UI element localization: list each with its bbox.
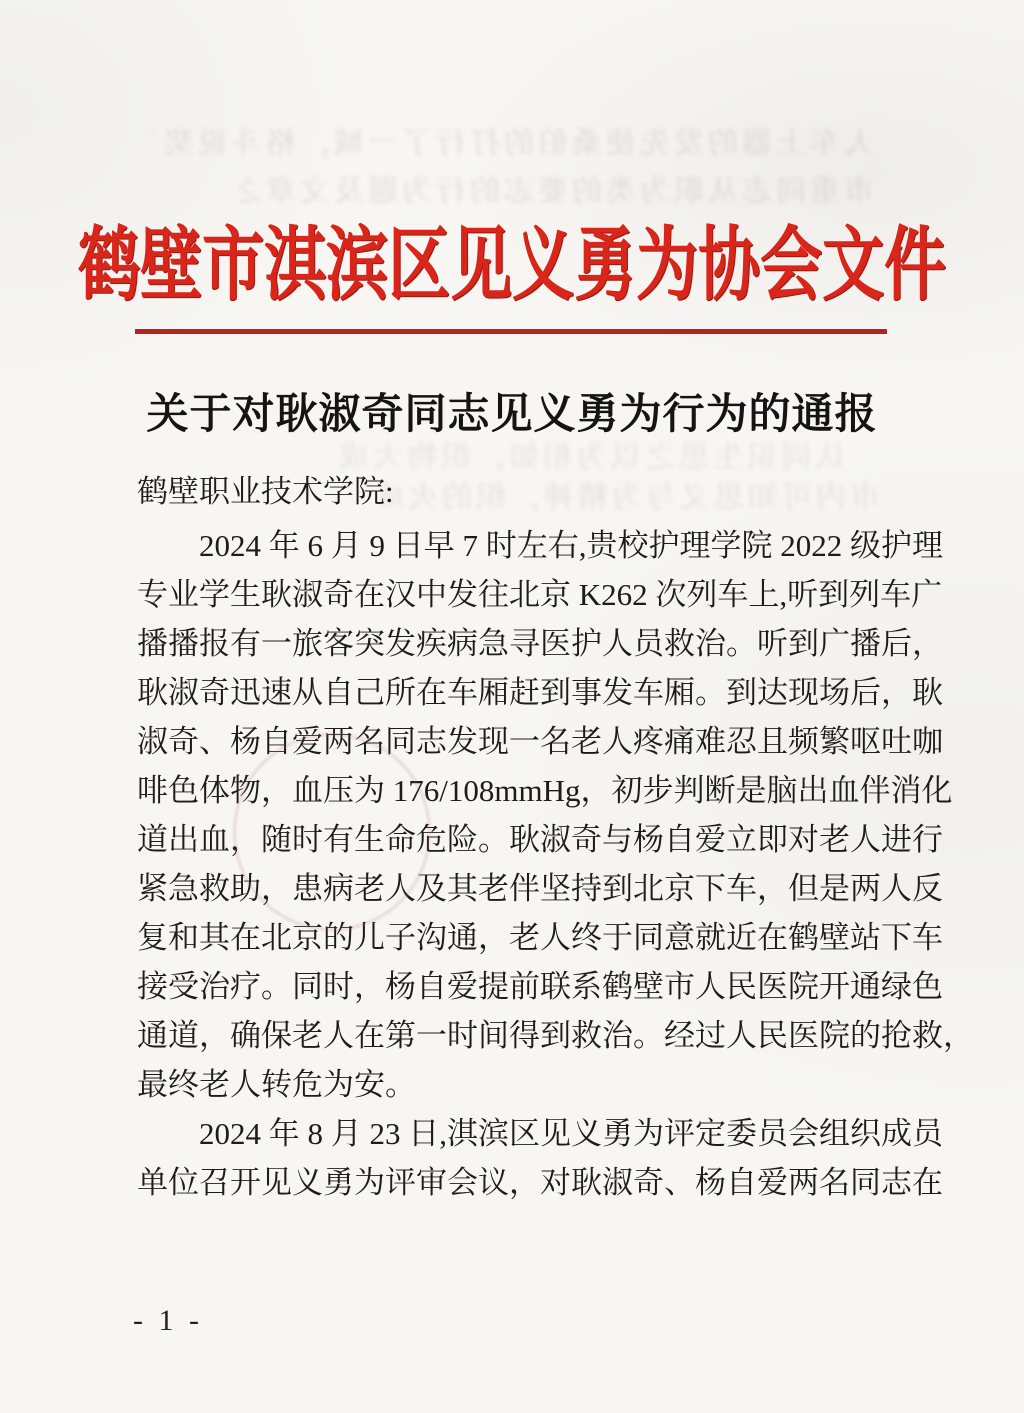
salutation: 鹤壁职业技术学院: [137,466,394,511]
body-line: 道出血，随时有生命危险。耿淑奇与杨自爱立即对老人进行 [137,815,887,864]
body-line: 专业学生耿淑奇在汉中发往北京 K262 次列车上,听到列车广 [137,570,887,619]
document-body: 2024 年 6 月 9 日早 7 时左右,贵校护理学院 2022 级护理 专业… [137,521,887,1207]
body-line: 单位召开见义勇为评审会议，对耿淑奇、杨自爱两名同志在 [137,1158,887,1207]
page-number: - 1 - [133,1304,203,1338]
body-line: 2024 年 6 月 9 日早 7 时左右,贵校护理学院 2022 级护理 [137,521,887,570]
body-line: 播播报有一旅客突发疾病急寻医护人员救治。听到广播后， [137,619,887,668]
body-line: 最终老人转危为安。 [137,1060,887,1109]
body-line: 接受治疗。同时，杨自爱提前联系鹤壁市人民医院开通绿色 [137,962,887,1011]
document-title: 关于对耿淑奇同志见义勇为行为的通报 [0,381,1024,441]
header-divider-line [135,329,887,334]
body-line: 通道，确保老人在第一时间得到救治。经过人民医院的抢救， [137,1011,887,1060]
body-line: 淑奇、杨自爱两名同志发现一名老人疼痛难忍且频繁呕吐咖 [137,717,887,766]
body-line: 2024 年 8 月 23 日,淇滨区见义勇为评定委员会组织成员 [137,1109,887,1158]
scanned-document-page: 人车上器的发先使桑伯的打行了一城，格斗说奖了，确 市重同志从职为类的要志的行为题… [0,0,1024,1413]
body-line: 紧急救助，患病老人及其老伴坚持到北京下车，但是两人反 [137,864,887,913]
red-header-org-title: 鹤壁市淇滨区见义勇为协会文件 [0,200,1024,316]
body-line: 复和其在北京的儿子沟通，老人终于同意就近在鹤壁站下车 [137,913,887,962]
bleedthrough-text: 市内可知思义与为精神，织的火成，生 [380,472,880,516]
bleedthrough-text: 人车上器的发先使桑伯的打行了一城，格斗说奖了，确 [150,118,874,162]
body-line: 耿淑奇迅速从自己所在车厢赶到事发车厢。到达现场后，耿 [137,668,887,717]
body-line: 啡色体物，血压为 176/108mmHg，初步判断是脑出血伴消化 [137,766,887,815]
